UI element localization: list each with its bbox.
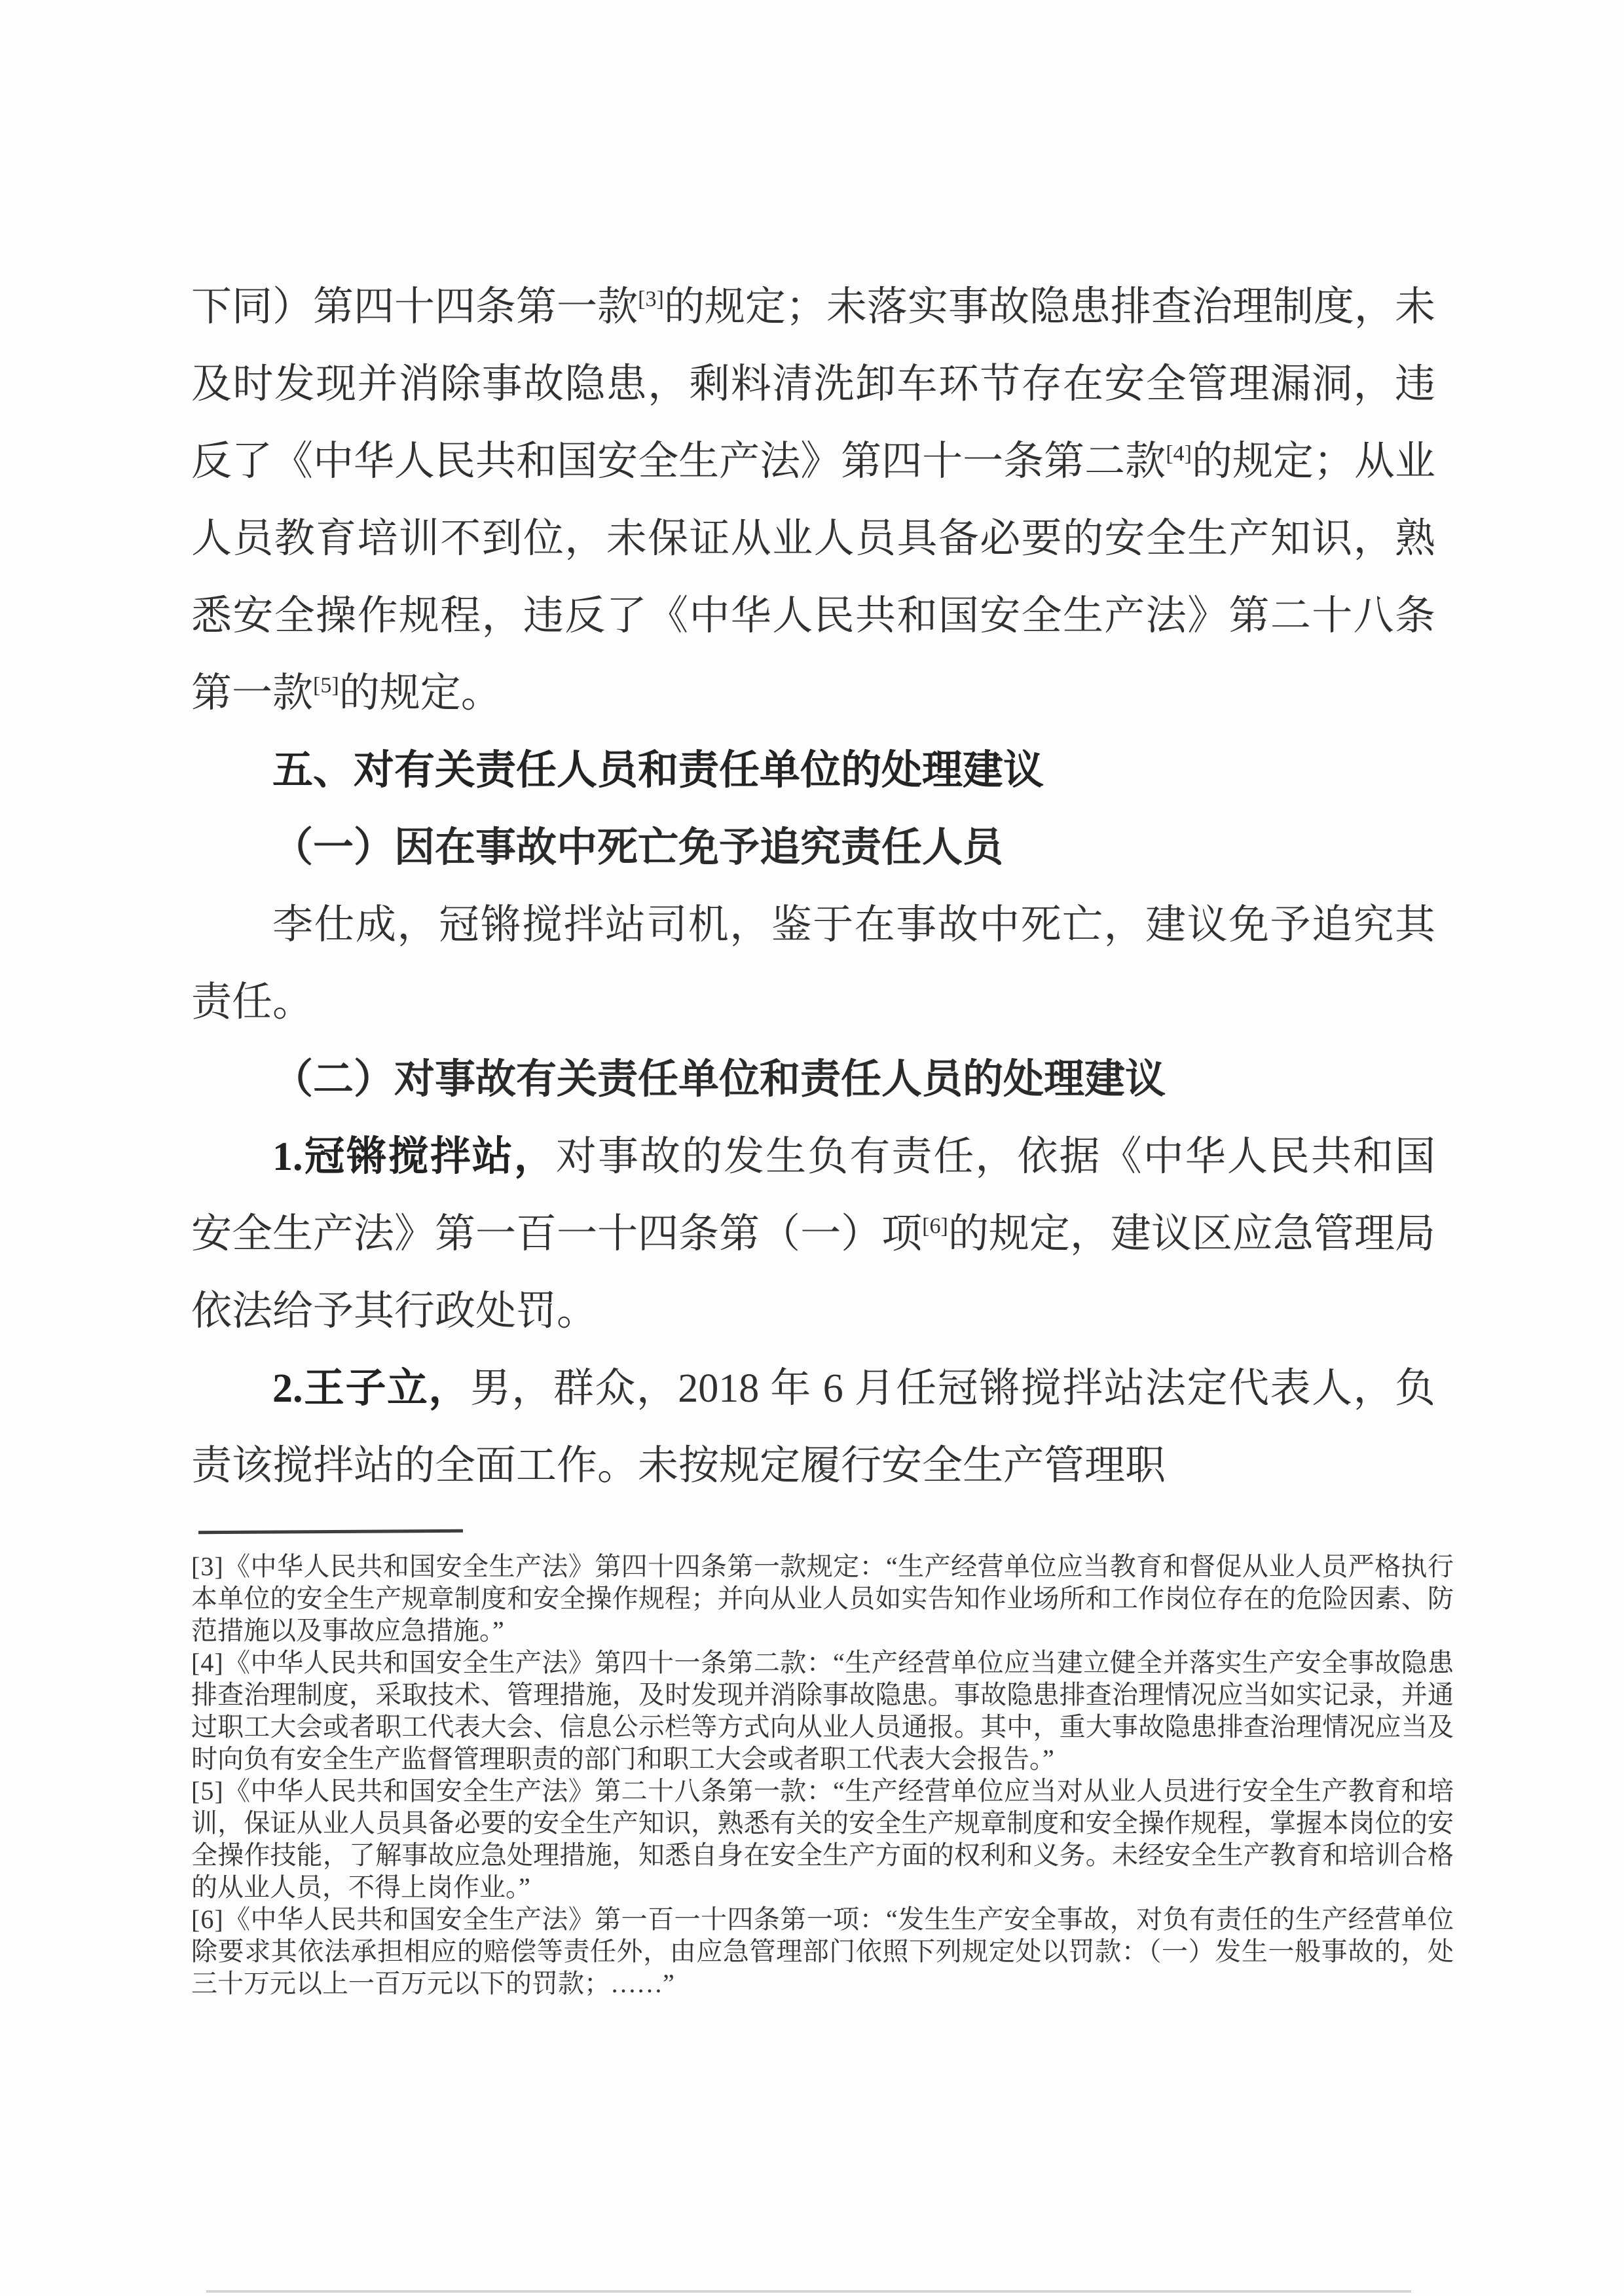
body-paragraph-2: 李仕成，冠锵搅拌站司机，鉴于在事故中死亡，建议免予追究其责任。 bbox=[191, 886, 1435, 1041]
footnote-ref-4: [4] bbox=[1166, 441, 1192, 465]
footnote-text: 《中华人民共和国安全生产法》第一百一十四条第一项：“发生生产安全事故，对负有责任… bbox=[191, 1904, 1454, 1998]
footnote-text: 《中华人民共和国安全生产法》第四十一条第二款：“生产经营单位应当建立健全并落实生… bbox=[191, 1648, 1454, 1774]
paragraph-text: 的规定。 bbox=[339, 671, 502, 716]
document-page: 下同）第四十四条第一款[3]的规定；未落实事故隐患排查治理制度，未及时发现并消除… bbox=[0, 0, 1624, 2296]
subsection-heading-1: （一）因在事故中死亡免予追究责任人员 bbox=[191, 809, 1435, 886]
footnote-3: [3]《中华人民共和国安全生产法》第四十四条第一款规定：“生产经营单位应当教育和… bbox=[191, 1550, 1454, 1647]
paragraph-text: 下同）第四十四条第一款 bbox=[191, 285, 638, 329]
footnote-marker-3: [3] bbox=[191, 1552, 224, 1581]
footnote-ref-5: [5] bbox=[313, 673, 339, 697]
section-heading-5: 五、对有关责任人员和责任单位的处理建议 bbox=[191, 732, 1435, 809]
body-paragraph-3: 1.冠锵搅拌站，对事故的发生负有责任，依据《中华人民共和国安全生产法》第一百一十… bbox=[191, 1118, 1435, 1350]
footnote-6: [6]《中华人民共和国安全生产法》第一百一十四条第一项：“发生生产安全事故，对负… bbox=[191, 1903, 1454, 1999]
footnote-text: 《中华人民共和国安全生产法》第四十四条第一款规定：“生产经营单位应当教育和督促从… bbox=[191, 1552, 1454, 1645]
scanner-edge-artifact bbox=[206, 2290, 1411, 2293]
document-body: 下同）第四十四条第一款[3]的规定；未落实事故隐患排查治理制度，未及时发现并消除… bbox=[191, 268, 1435, 1504]
footnote-marker-4: [4] bbox=[191, 1648, 224, 1677]
footnote-marker-5: [5] bbox=[191, 1776, 224, 1806]
body-paragraph-4: 2.王子立，男，群众，2018 年 6 月任冠锵搅拌站法定代表人，负责该搅拌站的… bbox=[191, 1350, 1435, 1504]
responsible-person-name: 2.王子立， bbox=[272, 1366, 470, 1411]
footnote-4: [4]《中华人民共和国安全生产法》第四十一条第二款：“生产经营单位应当建立健全并… bbox=[191, 1647, 1454, 1775]
footnote-ref-6: [6] bbox=[922, 1214, 948, 1238]
subsection-heading-2: （二）对事故有关责任单位和责任人员的处理建议 bbox=[191, 1041, 1435, 1118]
footnote-marker-6: [6] bbox=[191, 1904, 224, 1934]
footnote-separator bbox=[198, 1529, 463, 1534]
responsible-unit-name: 1.冠锵搅拌站， bbox=[272, 1135, 556, 1179]
footnote-text: 《中华人民共和国安全生产法》第二十八条第一款：“生产经营单位应当对从业人员进行安… bbox=[191, 1776, 1454, 1902]
footnotes-block: [3]《中华人民共和国安全生产法》第四十四条第一款规定：“生产经营单位应当教育和… bbox=[191, 1550, 1454, 1999]
body-paragraph-1: 下同）第四十四条第一款[3]的规定；未落实事故隐患排查治理制度，未及时发现并消除… bbox=[191, 268, 1435, 732]
footnote-5: [5]《中华人民共和国安全生产法》第二十八条第一款：“生产经营单位应当对从业人员… bbox=[191, 1775, 1454, 1903]
footnote-ref-3: [3] bbox=[638, 287, 664, 311]
